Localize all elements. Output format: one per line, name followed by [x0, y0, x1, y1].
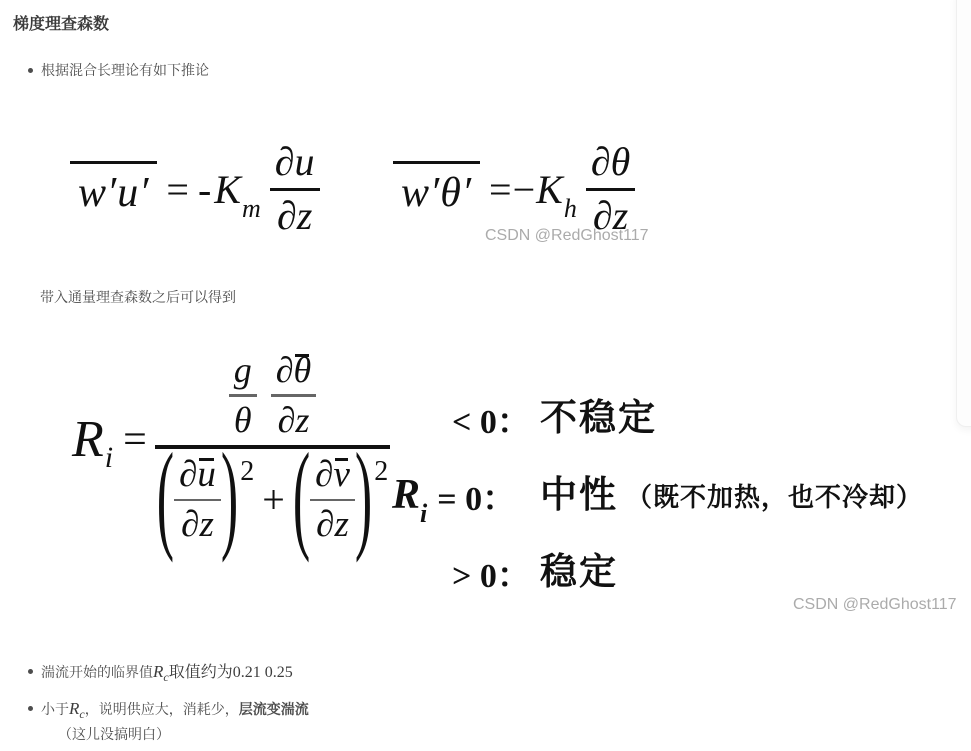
dv-dz-squared: ( ∂v ∂z ) 2 [293, 456, 388, 544]
g-over-theta: g θ [229, 352, 257, 438]
open-paren: ( [157, 438, 174, 560]
partial-fraction: ∂θ ∂z [586, 142, 635, 236]
v-bar: v [333, 456, 349, 493]
close-paren: ) [355, 438, 372, 560]
u-bar: u [197, 456, 216, 493]
open-paren: ( [293, 438, 310, 560]
Rc-symbol: Rc [153, 662, 169, 681]
condition-unstable: < 0： 不稳定 [392, 394, 923, 443]
coefficient-subscript: h [564, 194, 577, 223]
fraction-numerator: ∂v [310, 456, 355, 499]
condition-label: 不稳定 [540, 396, 657, 440]
intro-bullet-text: 根据混合长理论有如下推论 [41, 60, 209, 81]
fraction-numerator: ∂θ [271, 352, 316, 394]
bullet-dot [28, 706, 33, 711]
stability-conditions: < 0： 不稳定 Ri = 0： 中性 （既不加热，也不冷却） > 0： 稳定 [392, 394, 923, 597]
fraction-numerator: ∂θ [586, 142, 635, 188]
R-symbol: Ri [392, 474, 427, 517]
richardson-lhs: R i = [72, 414, 155, 466]
article-page: 梯度理查森数 根据混合长理论有如下推论 w′u′ = - Km ∂u ∂z w′… [0, 0, 971, 751]
fraction-denominator: ∂z [176, 501, 219, 543]
formula-heat-flux: w′θ′ = − Kh ∂θ ∂z [393, 142, 635, 236]
R-symbol: R [72, 414, 104, 466]
bullet-dot [28, 669, 33, 674]
du-dz-squared: ( ∂u ∂z ) 2 [157, 456, 254, 544]
minus-sign: - [198, 166, 211, 213]
partial-fraction: ∂u ∂z [270, 142, 320, 236]
equals-sign: = [123, 416, 147, 464]
minus-sign: − [513, 166, 536, 213]
close-paren: ) [221, 438, 238, 560]
condition-relation: Ri = 0： [392, 471, 540, 520]
theta-bar: θ [294, 352, 312, 388]
note-below-critical: 小于Rc，说明供应大，消耗少，层流变湍流 （这儿没搞明白） [41, 698, 309, 745]
note-remark: （这儿没搞明白） [41, 724, 309, 745]
main-denominator: ( ∂u ∂z ) 2 + ( ∂v ∂z [155, 449, 390, 544]
du-dz: ∂u ∂z [174, 456, 221, 544]
condition-neutral: Ri = 0： 中性 （既不加热，也不冷却） [392, 471, 923, 520]
eddy-coefficient: Kh [536, 166, 577, 213]
bullet-dot [28, 68, 33, 73]
fraction-denominator: ∂z [588, 191, 633, 236]
fraction-numerator: ∂u [174, 456, 221, 499]
main-fraction: g θ ∂θ ∂z ( ∂u ∂z [155, 352, 390, 543]
R-subscript: i [105, 441, 113, 475]
relation-text: = 0： [437, 471, 516, 520]
note-critical-value: 湍流开始的临界值Rc取值约为0.21 0.25 [41, 661, 293, 684]
condition-stable: > 0： 稳定 [392, 548, 923, 597]
dtheta-dz: ∂θ ∂z [271, 352, 316, 438]
exponent-2: 2 [374, 456, 388, 488]
exponent-2: 2 [240, 456, 254, 488]
condition-note: （既不加热，也不冷却） [626, 477, 923, 514]
fraction-denominator: ∂z [311, 501, 354, 543]
equals-sign: = [166, 166, 189, 213]
floating-panel-edge [956, 0, 971, 427]
list-item: 小于Rc，说明供应大，消耗少，层流变湍流 （这儿没搞明白） [28, 698, 648, 745]
overline-wu-term: w′u′ [70, 161, 157, 217]
eddy-coefficient: Km [214, 166, 260, 213]
condition-relation: < 0： [392, 394, 540, 443]
g-symbol: g [229, 352, 257, 394]
list-item: 湍流开始的临界值Rc取值约为0.21 0.25 [28, 661, 648, 684]
list-item: 根据混合长理论有如下推论 [28, 60, 209, 81]
formula-richardson-number: R i = g θ ∂θ ∂z ( [72, 352, 390, 543]
bold-phrase: 层流变湍流 [239, 701, 309, 717]
condition-label: 稳定 [540, 550, 618, 594]
csdn-watermark: CSDN @RedGhost117 [793, 596, 957, 614]
fraction-denominator: ∂z [272, 191, 317, 236]
formula-momentum-flux: w′u′ = - Km ∂u ∂z [70, 142, 320, 236]
condition-relation: > 0： [392, 548, 540, 597]
dv-dz: ∂v ∂z [310, 456, 355, 544]
fraction-numerator: ∂u [270, 142, 320, 188]
Rc-symbol: Rc [69, 699, 85, 718]
R-subscript: i [420, 499, 427, 528]
notes-list: 湍流开始的临界值Rc取值约为0.21 0.25 小于Rc，说明供应大，消耗少，层… [28, 661, 648, 745]
condition-label: 中性 [540, 473, 618, 517]
page-title: 梯度理查森数 [13, 14, 109, 36]
overline-wtheta-term: w′θ′ [393, 161, 480, 217]
plus-sign: + [262, 476, 285, 523]
paragraph-text: 带入通量理查森数之后可以得到 [40, 287, 236, 308]
coefficient-subscript: m [242, 194, 261, 223]
equals-sign: = [489, 166, 512, 213]
